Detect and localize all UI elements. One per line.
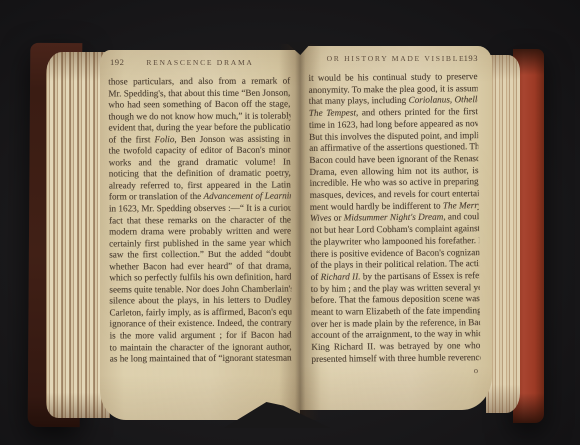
- signature-mark: o: [300, 366, 492, 377]
- text-line: form or translation of the Advancement o…: [109, 191, 291, 203]
- text-line: noticing that the definition of dramatic…: [109, 168, 291, 180]
- text-line: modern drama were probably written and w…: [109, 226, 291, 238]
- right-page-header: OR HISTORY MADE VISIBLE 193: [300, 54, 492, 66]
- left-page: 192 RENASCENCE DRAMA those particulars, …: [100, 50, 300, 420]
- text-line: certainly first published in the same ye…: [109, 237, 291, 249]
- text-line: fact that these remarks on the character…: [109, 214, 291, 226]
- left-page-number: 192: [110, 57, 124, 67]
- text-line: silence about the plays, in his letters …: [109, 295, 291, 307]
- text-line: Mr. Spedding's, that about this time “Be…: [108, 87, 290, 99]
- right-page: OR HISTORY MADE VISIBLE 193 it would be …: [300, 46, 492, 410]
- text-line: which so perfectly fulfils his own defin…: [109, 272, 291, 284]
- text-line: though we do not know how much,” it is t…: [108, 110, 290, 122]
- right-page-lines: it would be his continual study to prese…: [298, 71, 493, 366]
- text-line: the twofold capacity of editor of Bacon'…: [109, 145, 291, 157]
- text-line: presented himself with three humble reve…: [311, 352, 480, 365]
- right-page-number: 193: [464, 53, 478, 63]
- left-running-head: RENASCENCE DRAMA: [100, 58, 300, 67]
- text-line: those particulars, and also from a remar…: [108, 76, 290, 88]
- text-line: in 1623, Mr. Spedding observes :—“ It is…: [109, 203, 291, 215]
- text-line: is the more valid argument ; for if Baco…: [110, 330, 292, 342]
- left-page-lines: those particulars, and also from a remar…: [99, 75, 301, 365]
- text-line: who had seen something of Bacon off the …: [108, 99, 290, 111]
- text-line: already referred to, first appeared in t…: [109, 179, 291, 191]
- photo-background: 192 RENASCENCE DRAMA those particulars, …: [0, 0, 580, 445]
- text-line: ignorance of their existence. Indeed, th…: [110, 318, 292, 330]
- text-line: to maintain the character of the ignoran…: [110, 341, 292, 353]
- left-page-header: 192 RENASCENCE DRAMA: [100, 58, 300, 70]
- text-line: whether Bacon had ever heard” of that dr…: [109, 260, 291, 272]
- text-line: seems quite tenable. Nor does John Chamb…: [109, 283, 291, 295]
- text-line: works and the grand dramatic volume! In: [109, 156, 291, 168]
- book: 192 RENASCENCE DRAMA those particulars, …: [0, 0, 580, 445]
- text-line: of the first Folio, Ben Jonson was assis…: [109, 133, 291, 145]
- text-line: saw the first collection.” But the added…: [109, 249, 291, 261]
- text-line: as he long maintained that of “ignorant …: [110, 353, 292, 365]
- text-line: Carleton, fairly imply, as is affirmed, …: [109, 306, 291, 318]
- text-line: evident that, during the year before the…: [108, 122, 290, 134]
